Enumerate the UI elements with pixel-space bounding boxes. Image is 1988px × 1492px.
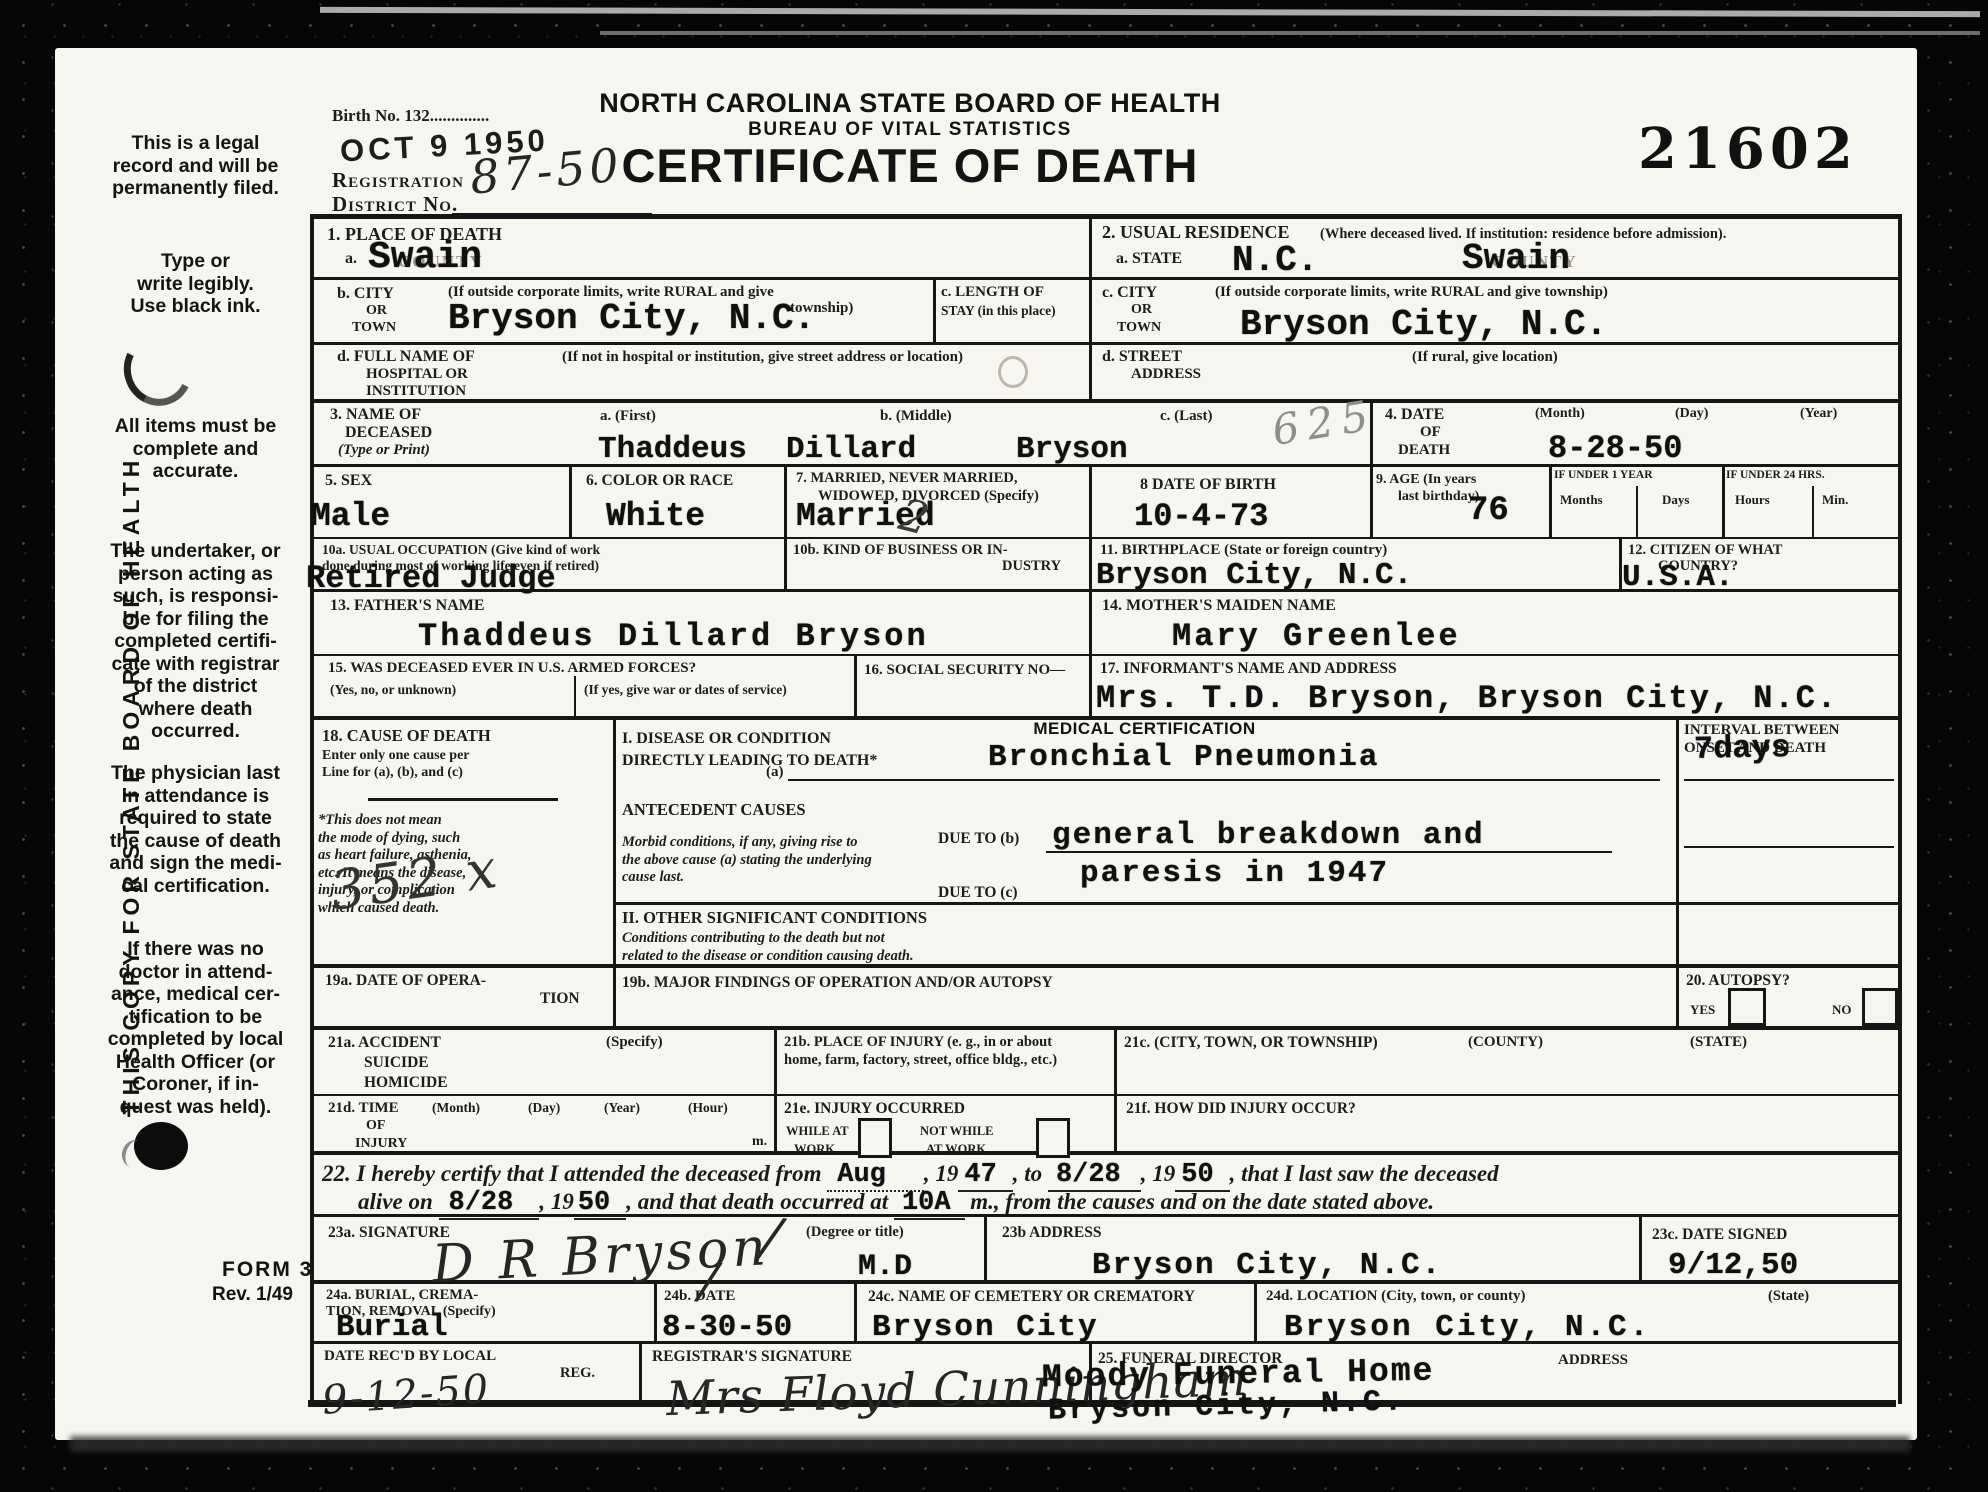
grid-line	[1684, 846, 1894, 848]
grid-line	[1636, 486, 1638, 537]
last-name-label: c. (Last)	[1160, 408, 1213, 425]
sex-value: Male	[311, 498, 390, 535]
grid-line	[788, 779, 1660, 781]
residence-county-value: Swain	[1462, 238, 1570, 279]
antecedent-note: Morbid conditions, if any, giving rise t…	[622, 834, 872, 887]
burial-value: Burial	[336, 1310, 448, 1345]
street-address-label: d. STREET	[1102, 348, 1182, 366]
grid-line	[1089, 277, 1092, 342]
alive-on-value: 8/28	[439, 1188, 540, 1220]
grid-line	[310, 277, 1898, 280]
date-of-operation-label: 19a. DATE OF OPERA-	[325, 972, 486, 990]
death-city-value: Bryson City, N.C.	[448, 298, 815, 339]
grid-line	[368, 798, 558, 801]
street-address-label2: ADDRESS	[1131, 366, 1201, 383]
grid-line	[310, 214, 314, 1407]
certify-pre1: 22. I hereby certify that I attended the…	[322, 1161, 822, 1186]
informant-value: Mrs. T.D. Bryson, Bryson City, N.C.	[1096, 680, 1838, 717]
grid-line	[1089, 464, 1092, 537]
date-signed-label: 23c. DATE SIGNED	[1652, 1226, 1787, 1244]
cemetery-label: 24c. NAME OF CEMETERY OR CREMATORY	[868, 1288, 1195, 1306]
mother-name-label: 14. MOTHER'S MAIDEN NAME	[1102, 597, 1336, 615]
name-of-deceased-label: 3. NAME OF	[330, 406, 421, 424]
date-signed-value: 9/12,50	[1668, 1248, 1798, 1283]
date-of-death-label2: OF	[1420, 424, 1441, 441]
first-name-value: Thaddeus	[598, 432, 747, 467]
under-1-year-label: IF UNDER 1 YEAR	[1554, 469, 1653, 481]
grid-line	[854, 1280, 857, 1341]
death-city-label: b. CITY	[337, 285, 394, 303]
other-conditions-note: Conditions contributing to the death but…	[622, 930, 914, 965]
cause-sub1: Enter only one cause per	[322, 748, 470, 764]
time-of-injury-label3: INJURY	[355, 1136, 407, 1152]
ink-circle-artifact	[998, 356, 1028, 388]
other-conditions-label: II. OTHER SIGNIFICANT CONDITIONS	[622, 908, 927, 928]
address-label: 23b ADDRESS	[1002, 1224, 1102, 1242]
accident-label: 21a. ACCIDENT	[328, 1034, 441, 1052]
place-of-injury-label: 21b. PLACE OF INJURY (e. g., in or about	[784, 1034, 1052, 1051]
death-city-label-town: TOWN	[352, 320, 396, 336]
dod-month-label: (Month)	[1535, 406, 1585, 422]
county-prefix: a.	[345, 250, 357, 268]
injury-occurred-label: 21e. INJURY OCCURRED	[784, 1100, 965, 1118]
grid-line	[310, 1094, 1898, 1096]
cemetery-value: Bryson City	[872, 1310, 1099, 1345]
color-race-label: 6. COLOR OR RACE	[586, 472, 733, 490]
cause-of-death-label: 18. CAUSE OF DEATH	[322, 726, 491, 746]
injury-county-label: (COUNTY)	[1468, 1034, 1543, 1051]
days-label: Days	[1662, 492, 1689, 508]
birthplace-label: 11. BIRTHPLACE (State or foreign country…	[1100, 542, 1387, 559]
hours-label: Hours	[1735, 492, 1770, 508]
certify-to: , to	[1013, 1161, 1042, 1186]
grid-line	[639, 1341, 642, 1401]
not-while-at-work-checkbox	[1036, 1118, 1070, 1158]
injury-m-label: m.	[752, 1134, 767, 1150]
funeral-director-address-label: ADDRESS	[1558, 1352, 1628, 1369]
grid-line	[310, 1341, 1898, 1344]
business-label: 10b. KIND OF BUSINESS OR IN-	[793, 542, 1008, 559]
autopsy-yes-label: YES	[1690, 1002, 1715, 1018]
state-label: a. STATE	[1116, 250, 1182, 268]
grid-line	[1089, 654, 1092, 716]
grid-line	[1676, 964, 1679, 1026]
name-of-deceased-label3: (Type or Print)	[338, 442, 430, 459]
margin-note-legibly: Type or write legibly. Use black ink.	[88, 250, 303, 318]
certify-tail2: m., from the causes and on the date stat…	[970, 1189, 1434, 1214]
grid-line	[613, 902, 1898, 905]
autopsy-no-label: NO	[1832, 1002, 1852, 1018]
occupation-value: Retired Judge	[306, 560, 556, 597]
length-of-stay-label: c. LENGTH OF	[941, 284, 1044, 301]
certificate-number: 21602	[1638, 116, 1858, 182]
certify-19a: , 19	[924, 1161, 959, 1186]
grid-line	[1089, 537, 1092, 589]
certify-pre2: alive on	[358, 1189, 433, 1214]
residence-city-label: c. CITY	[1102, 284, 1157, 302]
grid-line	[310, 399, 1898, 403]
grid-line	[654, 1280, 657, 1341]
not-while-at-work-label2: AT WORK	[926, 1142, 986, 1157]
cemetery-location-label: 24d. LOCATION (City, town, or county)	[1266, 1288, 1525, 1305]
grid-line	[1722, 464, 1725, 537]
margin-note-legal: This is a legal record and will be perma…	[88, 132, 303, 200]
residence-city-label-town: TOWN	[1117, 320, 1161, 336]
death-county-value: Swain	[368, 236, 482, 279]
grid-line	[774, 1026, 777, 1094]
margin-vertical-text: THIS COPY FOR STATE BOARD OF HEALTH	[118, 430, 146, 1140]
armed-forces-note2: (If yes, give war or dates of service)	[584, 682, 787, 698]
alive-on-year: 50	[574, 1188, 626, 1220]
page-title: CERTIFICATE OF DEATH	[510, 138, 1310, 193]
date-of-death-label: 4. DATE	[1385, 406, 1444, 424]
injury-hour-label: (Hour)	[688, 1100, 728, 1116]
antecedent-causes-label: ANTECEDENT CAUSES	[622, 800, 806, 820]
father-name-value: Thaddeus Dillard Bryson	[418, 618, 929, 655]
homicide-label: HOMICIDE	[364, 1074, 448, 1092]
date-of-death-label3: DEATH	[1398, 442, 1450, 459]
grid-line	[574, 676, 576, 716]
middle-name-label: b. (Middle)	[880, 408, 952, 425]
grid-line	[1639, 1214, 1642, 1280]
hospital-label: d. FULL NAME OF	[337, 348, 475, 366]
registrar-signature-label: REGISTRAR'S SIGNATURE	[652, 1348, 852, 1366]
grid-line	[310, 1151, 1898, 1155]
grid-line	[774, 1094, 777, 1151]
scan-shadow	[70, 1436, 1910, 1452]
due-to-b-label: DUE TO (b)	[938, 830, 1019, 848]
address-value: Bryson City, N.C.	[1092, 1248, 1442, 1283]
middle-name-value: Dillard	[786, 432, 916, 467]
scan-streak	[320, 7, 1980, 17]
armed-forces-label: 15. WAS DECEASED EVER IN U.S. ARMED FORC…	[328, 660, 696, 677]
grid-line	[1114, 1094, 1117, 1151]
scan-streak	[600, 31, 1980, 35]
while-at-work-label: WHILE AT	[786, 1124, 849, 1139]
injury-year-label: (Year)	[604, 1100, 640, 1116]
first-name-label: a. (First)	[600, 408, 656, 425]
hospital-note: (If not in hospital or institution, give…	[562, 349, 963, 366]
place-of-injury-label2: home, farm, factory, street, office bldg…	[784, 1052, 1057, 1069]
cause-a-value: Bronchial Pneumonia	[988, 740, 1379, 775]
dod-day-label: (Day)	[1675, 406, 1708, 422]
name-of-deceased-label2: DECEASED	[345, 424, 432, 442]
major-findings-label: 19b. MAJOR FINDINGS OF OPERATION AND/OR …	[622, 974, 1053, 992]
residence-city-note: (If outside corporate limits, write RURA…	[1215, 284, 1608, 301]
autopsy-yes-checkbox	[1728, 988, 1766, 1026]
certify-19c: , 19	[539, 1189, 574, 1214]
scanned-death-certificate: This is a legal record and will be perma…	[0, 0, 1988, 1492]
certify-mid2: , and that death occurred at	[626, 1189, 888, 1214]
under-24-hrs-label: IF UNDER 24 HRS.	[1726, 469, 1825, 481]
birth-no-label: Birth No. 132..............	[332, 106, 489, 126]
burial-date-value: 8-30-50	[662, 1310, 792, 1345]
armed-forces-note1: (Yes, no, or unknown)	[330, 682, 456, 698]
certify-statement-line2: alive on 8/28, 1950, and that death occu…	[358, 1188, 1898, 1218]
age-label: 9. AGE (In years	[1376, 472, 1476, 488]
degree-value: M.D	[858, 1250, 912, 1284]
citizen-label: 12. CITIZEN OF WHAT	[1628, 542, 1782, 559]
grid-line	[784, 537, 787, 589]
how-injury-label: 21f. HOW DID INJURY OCCUR?	[1126, 1100, 1356, 1118]
grid-line	[310, 537, 1898, 539]
death-hour-value: 10A	[894, 1188, 965, 1220]
injury-city-label: 21c. (CITY, TOWN, OR TOWNSHIP)	[1124, 1034, 1378, 1052]
death-city-label-or: OR	[366, 303, 387, 319]
grid-line	[1254, 1280, 1257, 1341]
grid-line	[933, 277, 936, 342]
date-received-label: DATE REC'D BY LOCAL	[324, 1348, 496, 1365]
dod-year-label: (Year)	[1800, 406, 1837, 422]
grid-line	[784, 464, 787, 537]
grid-line	[1114, 1026, 1117, 1094]
form-number: FORM 3	[222, 1258, 313, 1282]
time-of-injury-label: 21d. TIME	[328, 1100, 399, 1117]
while-at-work-label2: WORK	[794, 1142, 835, 1157]
informant-label: 17. INFORMANT'S NAME AND ADDRESS	[1100, 660, 1397, 678]
hospital-label2: HOSPITAL OR	[366, 366, 468, 383]
cause-b-value2: paresis in 1947	[1080, 856, 1389, 891]
grid-line	[1898, 214, 1902, 1404]
grid-line	[1812, 486, 1814, 537]
burial-label: 24a. BURIAL, CREMA-	[326, 1287, 478, 1304]
ssn-label: 16. SOCIAL SECURITY NO—	[864, 662, 1065, 679]
grid-line	[1089, 219, 1092, 277]
grid-line	[613, 716, 616, 964]
marital-status-label: 7. MARRIED, NEVER MARRIED,	[796, 470, 1018, 487]
certify-statement-line1: 22. I hereby certify that I attended the…	[322, 1160, 1892, 1190]
date-received-label2: REG.	[560, 1365, 595, 1382]
last-name-value: Bryson	[1016, 432, 1128, 467]
time-of-injury-label2: OF	[366, 1118, 385, 1134]
injury-state-label: (STATE)	[1690, 1034, 1747, 1051]
injury-month-label: (Month)	[432, 1100, 480, 1116]
grid-line	[1370, 464, 1373, 537]
sex-label: 5. SEX	[325, 472, 372, 490]
grid-line	[854, 654, 857, 716]
hospital-label3: INSTITUTION	[366, 383, 466, 400]
org-name: NORTH CAROLINA STATE BOARD OF HEALTH	[560, 88, 1260, 119]
age-value: 76	[1468, 492, 1509, 530]
specify-label: (Specify)	[606, 1034, 663, 1051]
residence-city-value: Bryson City, N.C.	[1240, 304, 1607, 345]
injury-day-label: (Day)	[528, 1100, 560, 1116]
grid-line	[310, 214, 1902, 219]
occupation-label: 10a. USUAL OCCUPATION (Give kind of work	[322, 542, 600, 558]
due-to-c-label: DUE TO (c)	[938, 884, 1018, 902]
date-of-birth-label: 8 DATE OF BIRTH	[1140, 476, 1276, 494]
grid-line	[569, 464, 572, 537]
residence-state-value: N.C.	[1232, 240, 1318, 281]
grid-line	[310, 1026, 1898, 1030]
grid-line	[310, 964, 1898, 968]
citizen-value: U.S.A.	[1622, 560, 1734, 595]
not-while-at-work-label: NOT WHILE	[920, 1124, 994, 1139]
form-revision: Rev. 1/49	[212, 1284, 293, 1306]
cemetery-location-state-label: (State)	[1768, 1288, 1809, 1305]
min-label: Min.	[1822, 492, 1848, 508]
cause-sub2: Line for (a), (b), and (c)	[322, 765, 463, 781]
grid-line	[1676, 716, 1679, 964]
degree-label: (Degree or title)	[806, 1224, 904, 1241]
disease-condition-label: I. DISEASE OR CONDITION	[622, 730, 831, 748]
suicide-label: SUICIDE	[364, 1054, 429, 1072]
father-name-label: 13. FATHER'S NAME	[330, 597, 485, 615]
months-label: Months	[1560, 492, 1603, 508]
grid-line	[1549, 464, 1552, 537]
cause-a-prefix: (a)	[766, 764, 784, 781]
grid-line	[1089, 589, 1092, 654]
grid-line	[613, 964, 616, 1026]
grid-line	[1089, 342, 1092, 399]
grid-line	[310, 342, 1898, 345]
date-of-death-value: 8-28-50	[1548, 430, 1682, 467]
certify-19b: , 19	[1141, 1161, 1176, 1186]
interval-value: 7days	[1694, 729, 1791, 768]
residence-city-label-or: OR	[1131, 302, 1152, 318]
certify-tail1: , that I last saw the deceased	[1230, 1161, 1499, 1186]
while-at-work-checkbox	[858, 1118, 892, 1158]
cemetery-location-value: Bryson City, N.C.	[1284, 1310, 1651, 1345]
mother-name-value: Mary Greenlee	[1172, 618, 1461, 655]
grid-line	[984, 1214, 987, 1280]
length-of-stay-label2: STAY (in this place)	[941, 303, 1056, 319]
cause-b-value1: general breakdown and	[1052, 818, 1485, 853]
registration-label: Registration	[332, 168, 464, 193]
date-of-operation-label2: TION	[540, 990, 580, 1008]
autopsy-no-checkbox	[1862, 988, 1898, 1026]
business-label2: DUSTRY	[1002, 558, 1061, 575]
birthplace-value: Bryson City, N.C.	[1096, 558, 1412, 593]
date-of-birth-value: 10-4-73	[1134, 498, 1268, 535]
color-race-value: White	[606, 498, 705, 535]
street-address-note: (If rural, give location)	[1412, 349, 1558, 366]
disease-condition-label2: DIRECTLY LEADING TO DEATH*	[622, 752, 877, 770]
grid-line	[1684, 779, 1894, 781]
